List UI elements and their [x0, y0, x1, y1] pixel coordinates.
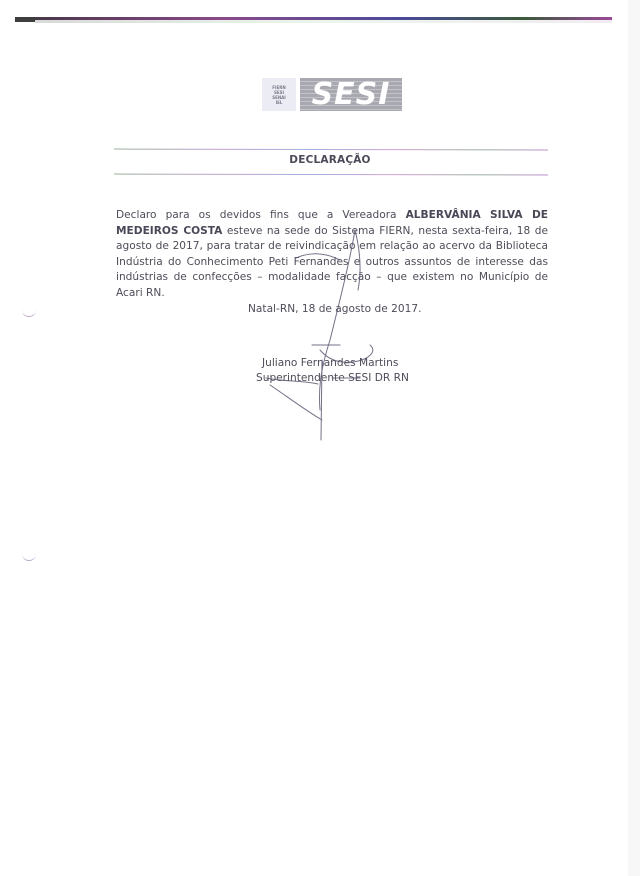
signer-name: Juliano Fernandes Martins [262, 357, 398, 369]
punch-hole-mark [22, 552, 36, 561]
title-rule-bottom [114, 174, 548, 176]
scan-right-edge [628, 0, 640, 876]
scan-top-edge [15, 17, 612, 20]
place-date: Natal-RN, 18 de agosto de 2017. [248, 303, 421, 315]
body-intro: Declaro para os devidos fins que a Verea… [116, 209, 406, 221]
sesi-brand-text: SESI [312, 80, 391, 110]
handwritten-signature [0, 0, 640, 876]
sesi-brand-block: SESI [300, 78, 402, 111]
logo-line: IEL [276, 100, 283, 105]
scan-edge-shadow [35, 20, 612, 23]
sesi-logo: FIERN SESI SENAI IEL SESI [262, 78, 402, 111]
system-logo-block: FIERN SESI SENAI IEL [262, 78, 296, 111]
signer-role: Superintendente SESI DR RN [256, 372, 409, 384]
scan-edge-left-block [15, 17, 35, 22]
punch-hole-mark [22, 308, 36, 317]
title-rule-top [114, 149, 548, 151]
document-title: DECLARAÇÃO [0, 154, 640, 166]
declaration-body: Declaro para os devidos fins que a Verea… [116, 208, 548, 301]
